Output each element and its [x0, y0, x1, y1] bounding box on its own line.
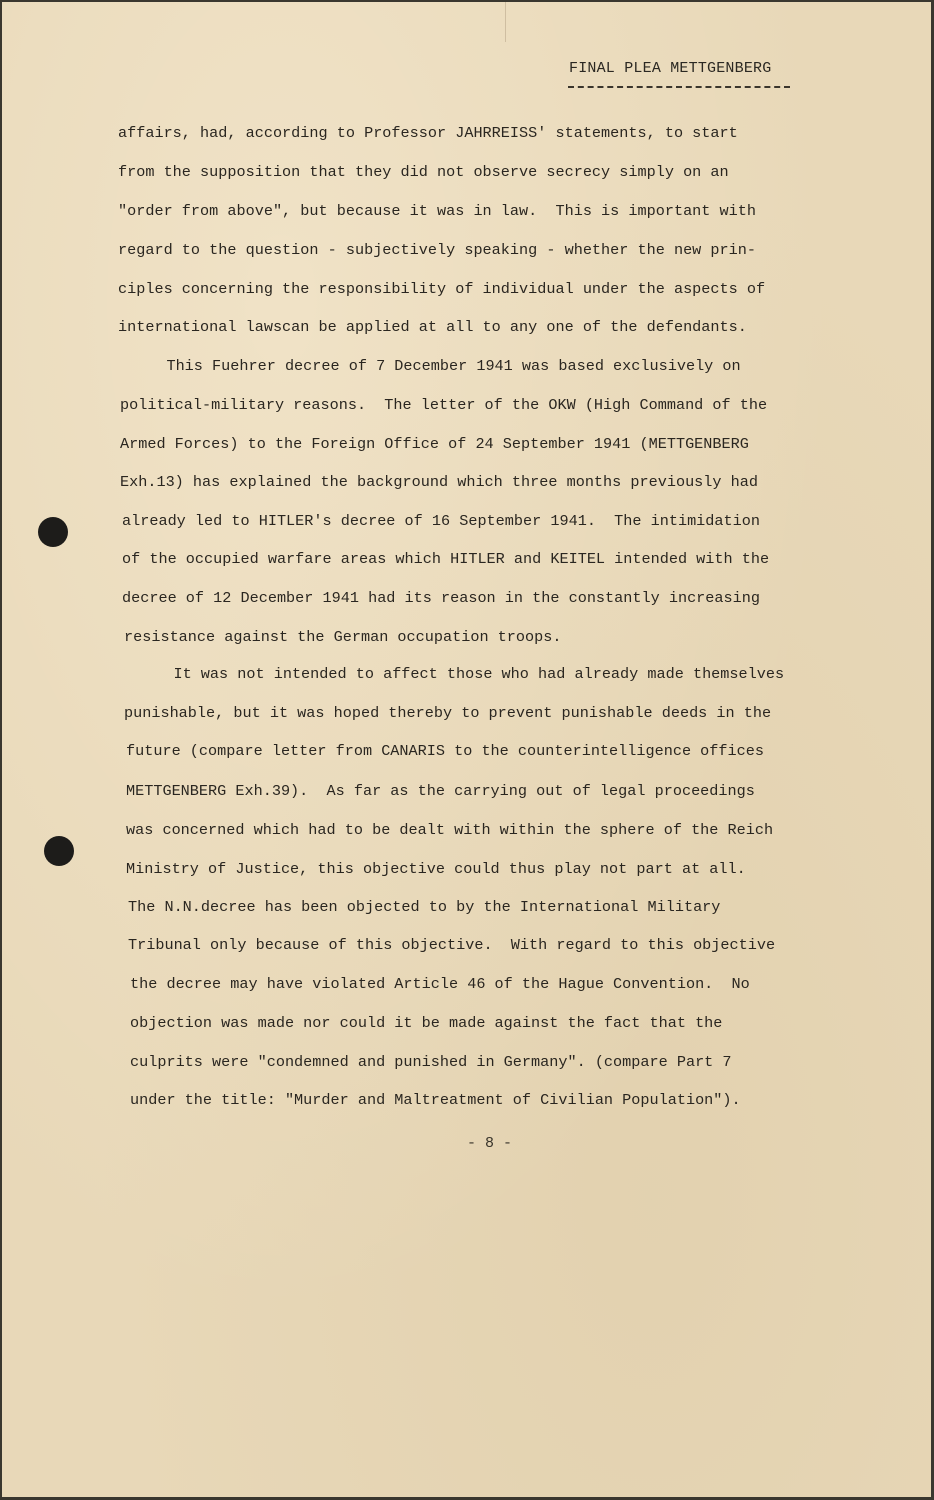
- body-line: objection was made nor could it be made …: [130, 1014, 722, 1032]
- body-line: resistance against the German occupation…: [124, 628, 561, 646]
- document-header: FINAL PLEA METTGENBERG: [569, 60, 771, 77]
- punch-hole-icon: [44, 836, 74, 866]
- body-line: It was not intended to affect those who …: [137, 665, 784, 683]
- body-line: ciples concerning the responsibility of …: [118, 280, 765, 298]
- body-line: This Fuehrer decree of 7 December 1941 w…: [130, 357, 741, 375]
- body-line: METTGENBERG Exh.39). As far as the carry…: [126, 782, 755, 800]
- body-line: of the occupied warfare areas which HITL…: [122, 550, 769, 568]
- body-line: punishable, but it was hoped thereby to …: [124, 704, 771, 722]
- punch-hole-icon: [38, 517, 68, 547]
- body-line: already led to HITLER's decree of 16 Sep…: [122, 512, 760, 530]
- body-line: Exh.13) has explained the background whi…: [120, 473, 758, 491]
- body-line: Ministry of Justice, this objective coul…: [126, 860, 746, 878]
- body-line: the decree may have violated Article 46 …: [130, 975, 750, 993]
- body-line: Tribunal only because of this objective.…: [128, 936, 775, 954]
- body-line: Armed Forces) to the Foreign Office of 2…: [120, 435, 749, 453]
- fold-mark: [505, 2, 506, 42]
- header-underline: [568, 86, 790, 88]
- body-line: The N.N.decree has been objected to by t…: [128, 898, 720, 916]
- body-line: affairs, had, according to Professor JAH…: [118, 124, 738, 142]
- body-line: "order from above", but because it was i…: [118, 202, 756, 220]
- body-line: future (compare letter from CANARIS to t…: [126, 742, 764, 760]
- page-number: - 8 -: [467, 1135, 512, 1152]
- body-line: regard to the question - subjectively sp…: [118, 241, 756, 259]
- document-page: FINAL PLEA METTGENBERG affairs, had, acc…: [2, 2, 931, 1497]
- body-line: under the title: "Murder and Maltreatmen…: [130, 1091, 741, 1109]
- body-line: international lawscan be applied at all …: [118, 318, 747, 336]
- body-line: political-military reasons. The letter o…: [120, 396, 767, 414]
- body-line: from the supposition that they did not o…: [118, 163, 729, 181]
- body-line: culprits were "condemned and punished in…: [130, 1053, 732, 1071]
- body-line: was concerned which had to be dealt with…: [126, 821, 773, 839]
- body-line: decree of 12 December 1941 had its reaso…: [122, 589, 760, 607]
